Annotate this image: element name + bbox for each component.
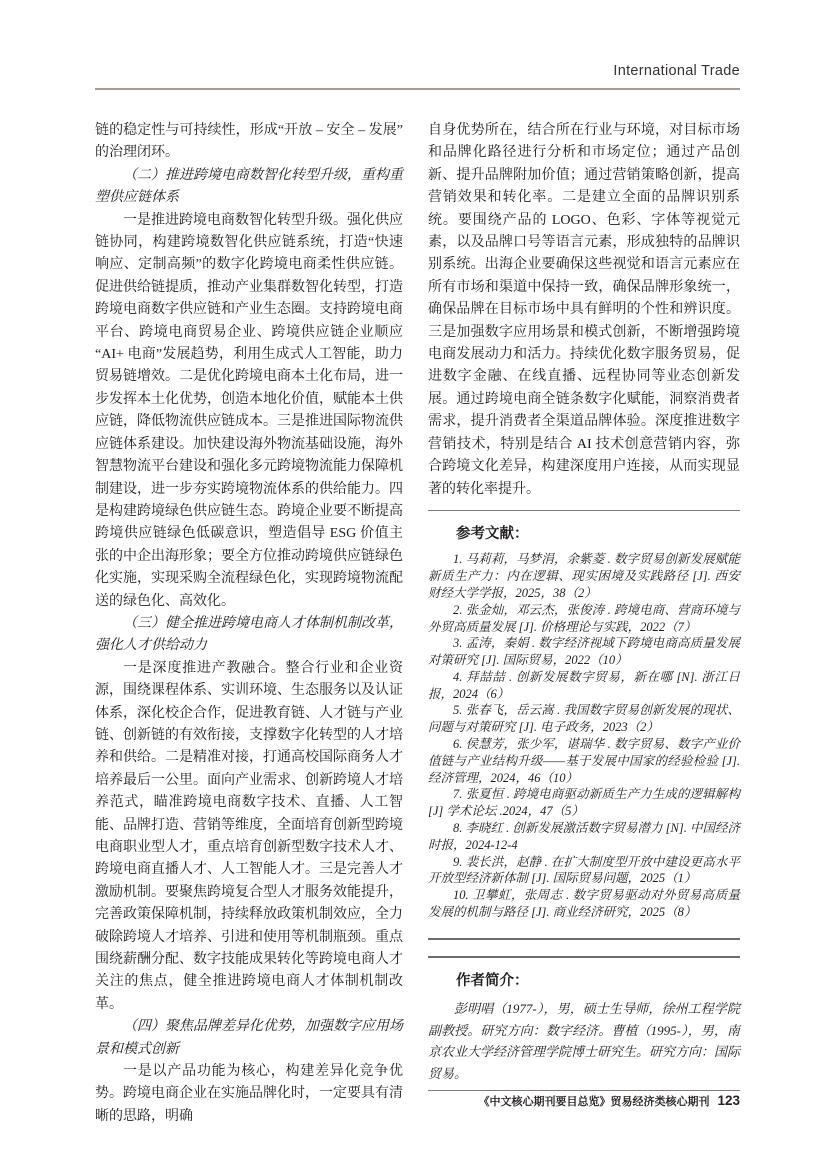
reference-item: 1. 马莉莉，马梦涓，余紫菱 . 数字贸易创新发展赋能新质生产力：内在逻辑、现实… xyxy=(428,551,740,601)
subsection-heading-2: （二）推进跨境电商数智化转型升级，重构重塑供应链体系 xyxy=(95,165,403,210)
footer-page-number: 123 xyxy=(717,1093,740,1108)
body-paragraph: 自身优势所在，结合所在行业与环境，对目标市场和品牌化路径进行分析和市场定位；通过… xyxy=(428,120,740,501)
reference-item: 6. 侯慧芳，张少军，谌瑞华 . 数字贸易、数字产业价值链与产业结构升级——基于… xyxy=(428,736,740,786)
page-footer: 《中文核心期刊要目总览》贸易经济类核心期刊 123 xyxy=(478,1093,740,1109)
header-rule xyxy=(95,88,740,90)
subsection-heading-4: （四）聚焦品牌差异化优势，加强数字应用场景和模式创新 xyxy=(95,1016,403,1061)
reference-item: 9. 裴长洪，赵静 . 在扩大制度型开放中建设更高水平开放型经济新体制 [J].… xyxy=(428,854,740,888)
authors-bottom-rule xyxy=(428,1090,740,1091)
reference-item: 2. 张金灿，邓云杰，张俊涛 . 跨境电商、营商环境与外贸高质量发展 [J]. … xyxy=(428,602,740,636)
reference-item: 5. 张春飞，岳云嵩 . 我国数字贸易创新发展的现状、问题与对策研究 [J]. … xyxy=(428,702,740,736)
reference-item: 8. 李晓红 . 创新发展激活数字贸易潜力 [N]. 中国经济时报，2024-1… xyxy=(428,820,740,854)
reference-item: 3. 孟涛，秦娟 . 数字经济视域下跨境电商高质量发展对策研究 [J]. 国际贸… xyxy=(428,635,740,669)
body-paragraph: 一是推进跨境电商数智化转型升级。强化供应链协同，构建跨境数智化供应链系统，打造“… xyxy=(95,210,403,613)
reference-item: 7. 张夏恒 . 跨境电商驱动新质生产力生成的逻辑解构 [J] 学术论坛 .20… xyxy=(428,786,740,820)
body-paragraph: 一是深度推进产教融合。整合行业和企业资源，围绕课程体系、实训环境、生态服务以及认… xyxy=(95,658,403,1017)
reference-item: 4. 拜喆喆 . 创新发展数字贸易，新在哪 [N]. 浙江日报，2024（6） xyxy=(428,669,740,703)
subsection-heading-3: （三）健全推进跨境电商人才体制机制改革，强化人才供给动力 xyxy=(95,613,403,658)
authors-bio: 彭明唱（1977-），男，硕士生导师，徐州工程学院副教授。研究方向：数字经济。曹… xyxy=(428,998,740,1084)
journal-page: International Trade 链的稳定性与可持续性，形成“开放 – 安… xyxy=(0,0,827,1160)
body-paragraph: 一是以产品功能为核心，构建差异化竞争优势。跨境电商企业在实施品牌化时，一定要具有… xyxy=(95,1061,403,1128)
authors-double-rule xyxy=(428,938,740,958)
references-section: 参考文献： 1. 马莉莉，马梦涓，余紫菱 . 数字贸易创新发展赋能新质生产力：内… xyxy=(428,510,740,921)
references-divider xyxy=(428,510,740,511)
authors-section: 作者简介： 彭明唱（1977-），男，硕士生导师，徐州工程学院副教授。研究方向：… xyxy=(428,938,740,1091)
body-paragraph: 链的稳定性与可持续性，形成“开放 – 安全 – 发展”的治理闭环。 xyxy=(95,120,403,165)
column-left: 链的稳定性与可持续性，形成“开放 – 安全 – 发展”的治理闭环。 （二）推进跨… xyxy=(95,120,403,1128)
page-header-journal-title: International Trade xyxy=(613,63,740,79)
column-right: 自身优势所在，结合所在行业与环境，对目标市场和品牌化路径进行分析和市场定位；通过… xyxy=(428,120,740,1091)
footer-journal-label: 《中文核心期刊要目总览》贸易经济类核心期刊 xyxy=(478,1093,709,1109)
references-heading: 参考文献： xyxy=(428,523,740,545)
authors-heading: 作者简介： xyxy=(428,970,740,992)
reference-item: 10. 卫攀虹，张周志 . 数字贸易驱动对外贸易高质量发展的机制与路径 [J].… xyxy=(428,887,740,921)
